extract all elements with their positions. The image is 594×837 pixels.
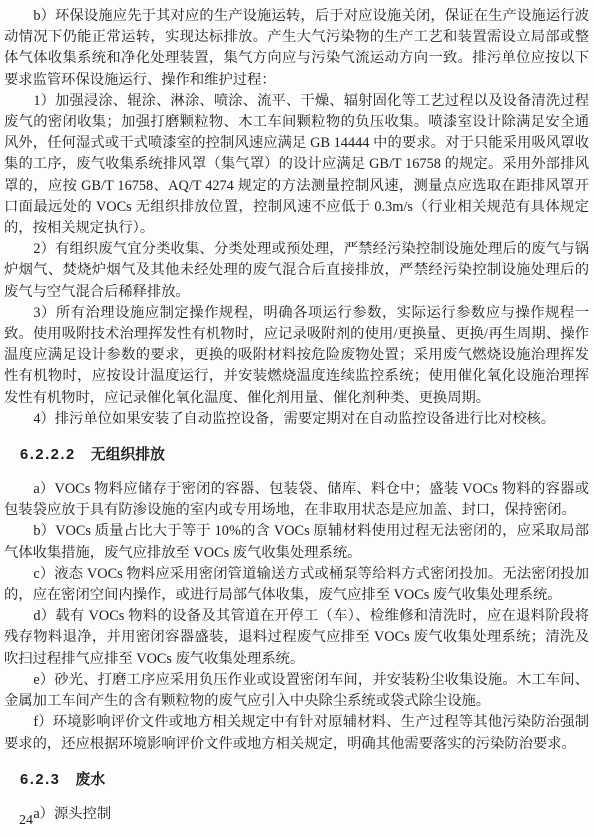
section-number: 6.2.3 bbox=[20, 772, 60, 788]
paragraph-b-vocs-mass-ratio: b）VOCs 质量占比大于等于 10%的含 VOCs 原辅材料使用过程无法密闭的… bbox=[4, 521, 589, 563]
list-item-1-closed-collection: 1）加强浸涂、辊涂、淋涂、喷涂、流平、干燥、辐射固化等工艺过程以及设备清洗过程废… bbox=[4, 91, 589, 239]
paragraph-f-eia-requirements: f）环境影响评价文件或地方相关规定中有针对原辅材料、生产过程等其他污染防治强制要… bbox=[4, 712, 589, 754]
paragraph-c-liquid-vocs-feeding: c）液态 VOCs 物料应采用密闭管道输送方式或桶泵等给料方式密闭投加。无法密闭… bbox=[4, 564, 589, 606]
paragraph-a-vocs-storage: a）VOCs 物料应储存于密闭的容器、包装袋、储库、料仓中；盛装 VOCs 物料… bbox=[4, 479, 589, 521]
paragraph-e-sanding-dust-collection: e）砂光、打磨工序应采用负压作业或设置密闭车间，并安装粉尘收集设施。木工车间、金… bbox=[4, 670, 589, 712]
list-item-4-auto-monitoring: 4）排污单位如果安装了自动监控设备，需要定期对在自动监控设备进行比对校核。 bbox=[4, 409, 589, 430]
list-item-2-classified-treatment: 2）有组织废气宜分类收集、分类处理或预处理，严禁经污染控制设施处理后的废气与锅炉… bbox=[4, 239, 589, 303]
section-number: 6.2.2.2 bbox=[20, 447, 76, 463]
paragraph-a-source-control: a）源头控制 bbox=[4, 804, 589, 825]
paragraph-env-facility-operation: b）环保设施应先于其对应的生产设施运转，后于对应设施关闭，保证在生产设施运行波动… bbox=[4, 6, 589, 91]
section-heading-wastewater: 6.2.3 废水 bbox=[20, 770, 589, 791]
section-title: 无组织排放 bbox=[91, 447, 165, 463]
document-page: b）环保设施应先于其对应的生产设施运转，后于对应设施关闭，保证在生产设施运行波动… bbox=[0, 0, 594, 837]
paragraph-d-vocs-equipment-maintenance: d）载有 VOCs 物料的设备及其管道在开停工（车）、检维修和清洗时，应在退料阶… bbox=[4, 606, 589, 670]
list-item-3-operation-procedures: 3）所有治理设施应制定操作规程，明确各项运行参数，实际运行参数应与操作规程一致。… bbox=[4, 303, 589, 409]
section-title: 废水 bbox=[76, 772, 106, 788]
section-heading-unorganized-emission: 6.2.2.2 无组织排放 bbox=[20, 445, 589, 466]
page-number: 24 bbox=[19, 812, 33, 830]
